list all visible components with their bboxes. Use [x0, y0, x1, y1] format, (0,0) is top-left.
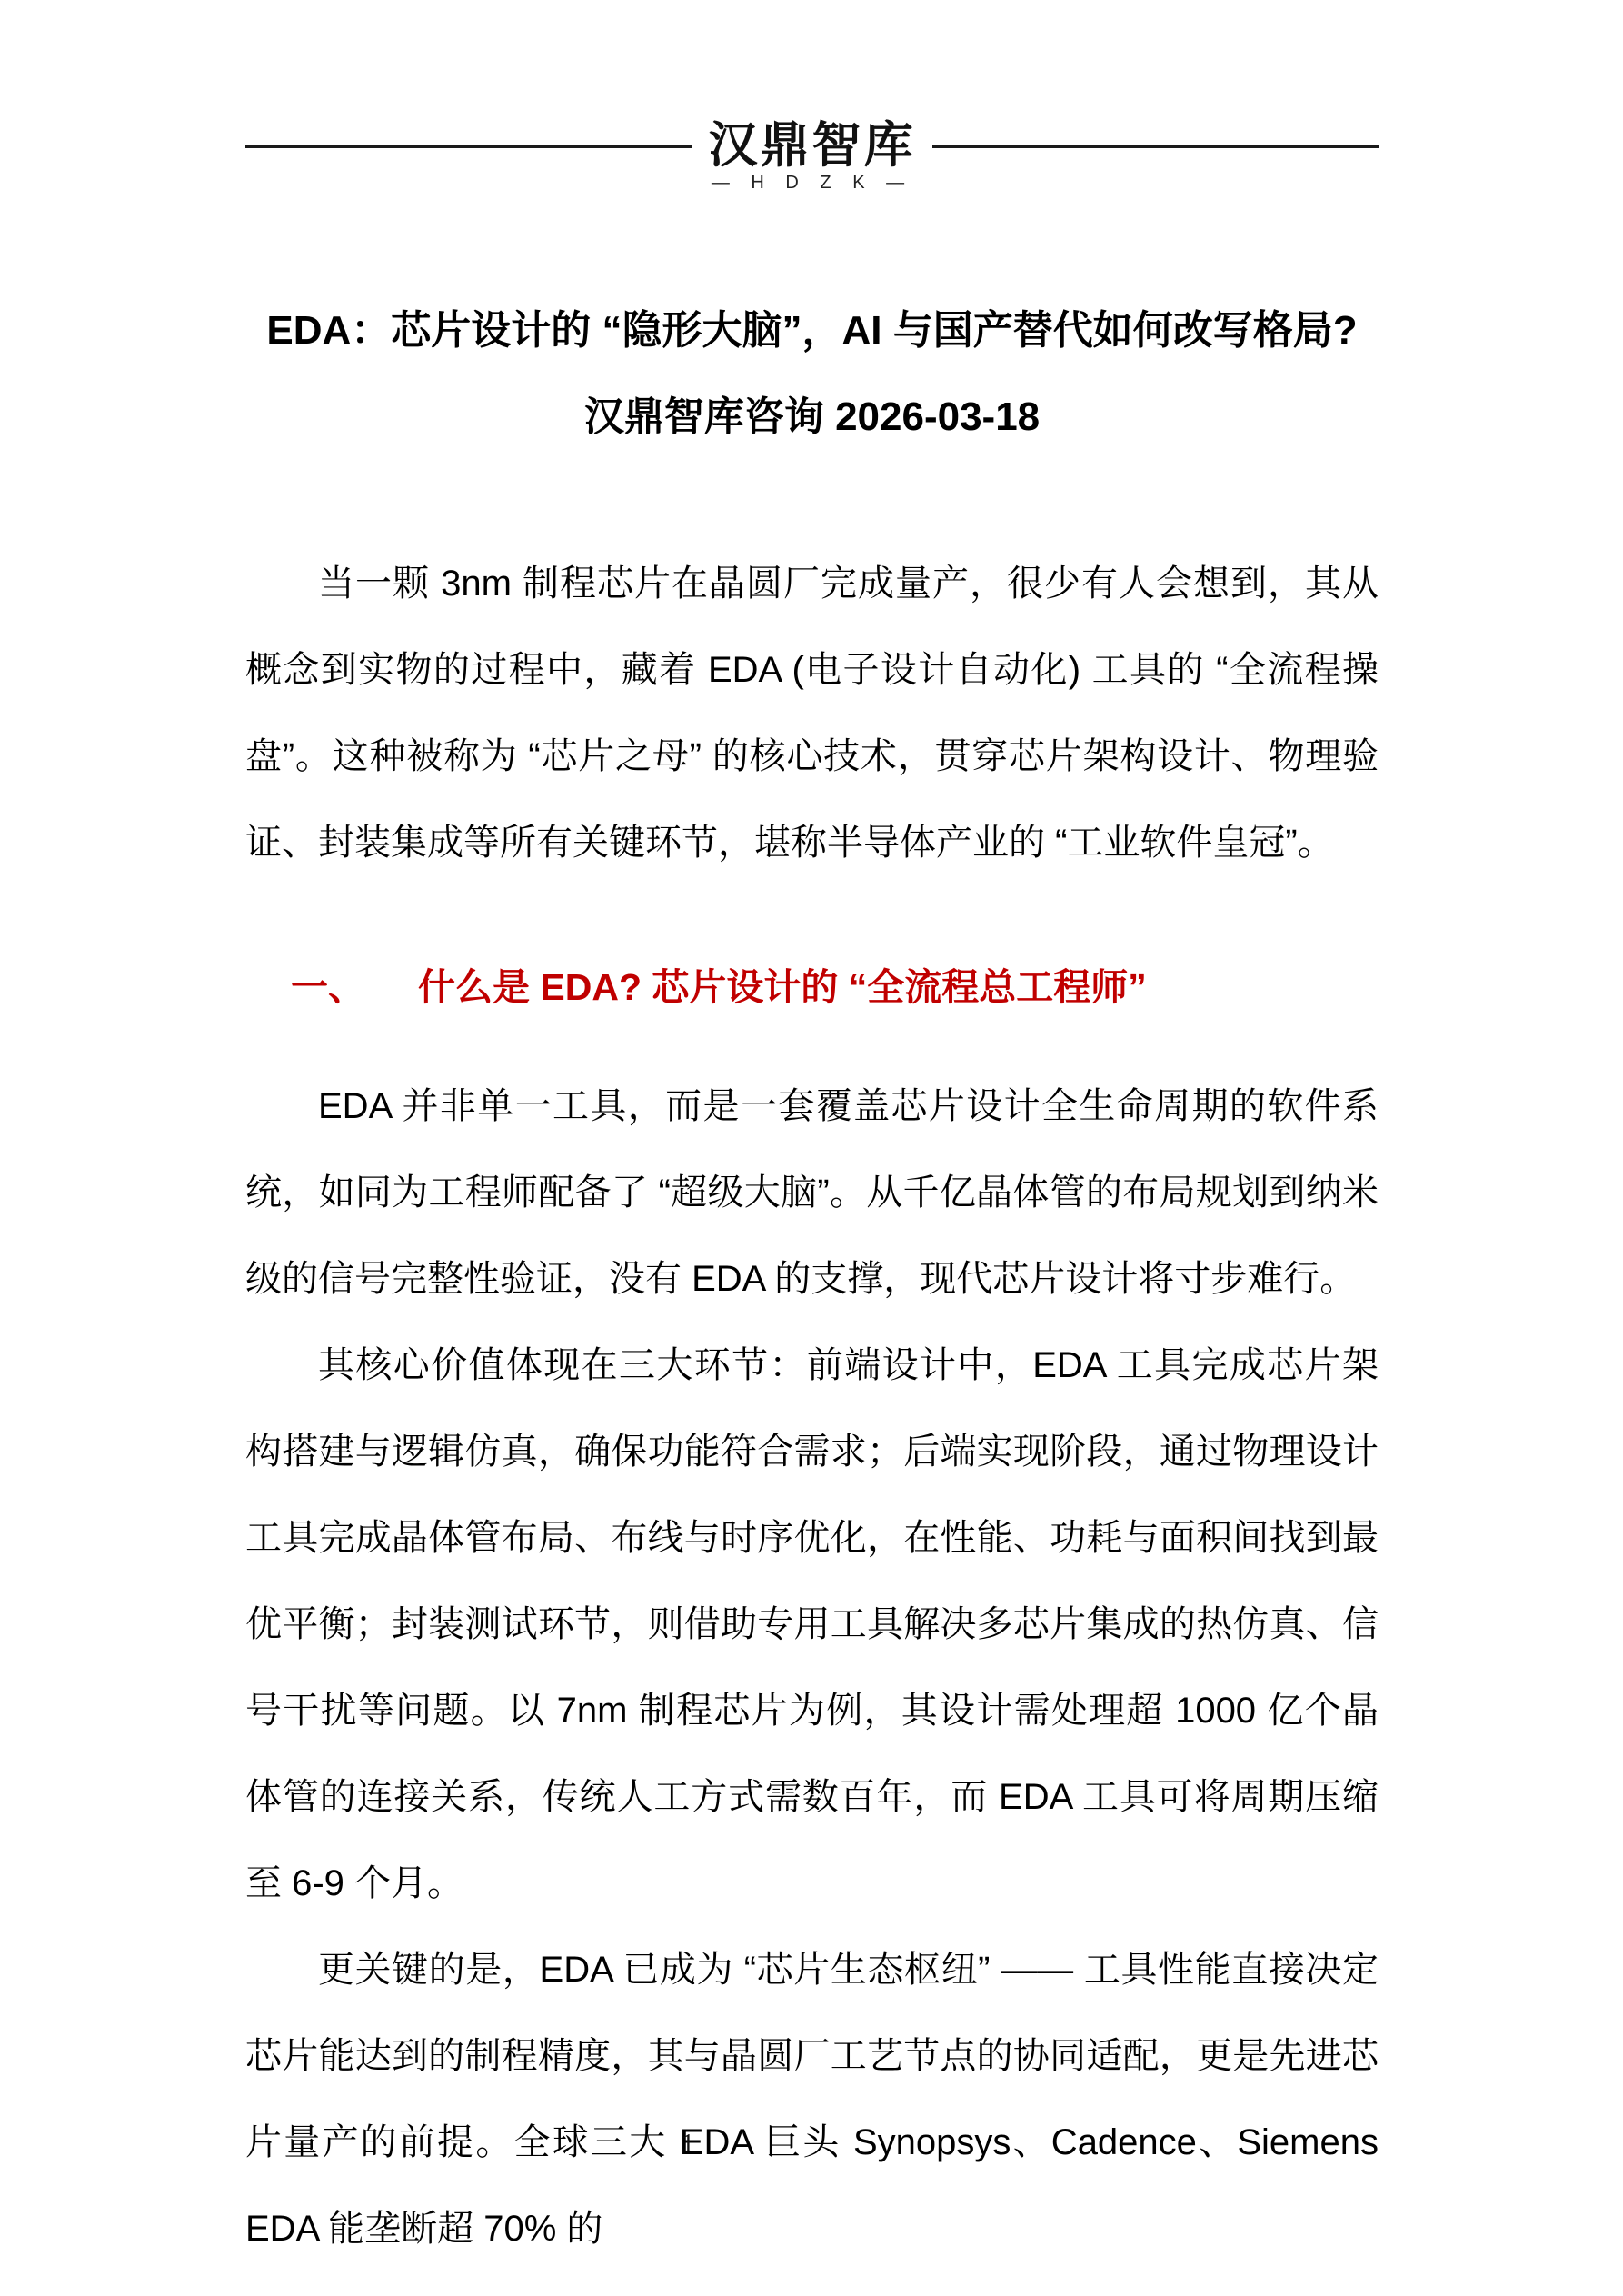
paragraph: 更关键的是，EDA 已成为 “芯片生态枢纽” —— 工具性能直接决定芯片能达到的…	[245, 1927, 1379, 2272]
intro-section: 当一颗 3nm 制程芯片在晶圆厂完成量产，很少有人会想到，其从概念到实物的过程中…	[245, 541, 1379, 886]
document-subtitle: 汉鼎智库咨询 2026-03-18	[245, 374, 1379, 460]
paragraph: 其核心价值体现在三大环节：前端设计中，EDA 工具完成芯片架构搭建与逻辑仿真，确…	[245, 1323, 1379, 1927]
document-header: 汉鼎智库 — H D Z K —	[245, 115, 1379, 196]
section-1-number: 一、	[291, 966, 365, 1008]
logo-acronym: — H D Z K —	[709, 173, 916, 193]
section-1-title: 什么是 EDA? 芯片设计的 “全流程总工程师”	[418, 966, 1147, 1008]
section-1-heading: 一、什么是 EDA? 芯片设计的 “全流程总工程师”	[245, 944, 1379, 1031]
logo-wordmark: 汉鼎智库	[709, 120, 916, 171]
title-block: EDA：芯片设计的 “隐形大脑”，AI 与国产替代如何改写格局? 汉鼎智库咨询 …	[245, 287, 1379, 460]
document-title: EDA：芯片设计的 “隐形大脑”，AI 与国产替代如何改写格局?	[245, 287, 1379, 374]
section-1-content: EDA 并非单一工具，而是一套覆盖芯片设计全生命周期的软件系统，如同为工程师配备…	[245, 1063, 1379, 2272]
document-page: 汉鼎智库 — H D Z K — EDA：芯片设计的 “隐形大脑”，AI 与国产…	[0, 0, 1623, 2296]
company-logo: 汉鼎智库 — H D Z K —	[692, 115, 932, 193]
paragraph: EDA 并非单一工具，而是一套覆盖芯片设计全生命周期的软件系统，如同为工程师配备…	[245, 1063, 1379, 1323]
paragraph: 当一颗 3nm 制程芯片在晶圆厂完成量产，很少有人会想到，其从概念到实物的过程中…	[245, 541, 1379, 886]
page-number: 1	[674, 2129, 702, 2160]
